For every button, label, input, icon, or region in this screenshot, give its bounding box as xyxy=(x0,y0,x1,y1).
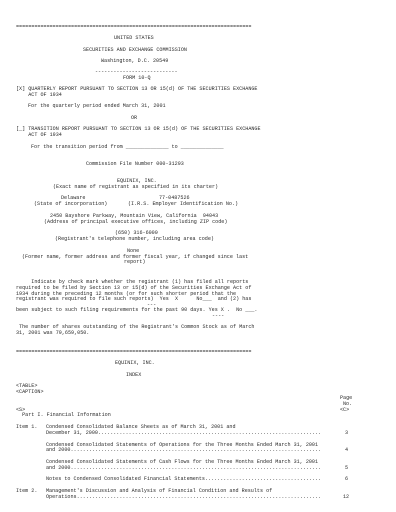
country-heading: UNITED STATES xyxy=(114,35,154,41)
transition-period-line: For the transition period from _________… xyxy=(31,144,224,150)
index-entry-page: 3 xyxy=(345,430,348,436)
index-entry-title[interactable]: Notes to Condensed Consolidated Financia… xyxy=(46,476,321,482)
employer-id-caption: (I.R.S. Employer Identification No.) xyxy=(128,201,238,207)
index-company: EQUINIX, INC. xyxy=(115,360,155,366)
part1-heading: Part I. Financial Information xyxy=(16,412,111,418)
compliance-line4: registrant was required to file such rep… xyxy=(16,296,251,302)
index-entry-page: 4 xyxy=(345,447,348,453)
yes-underline-2: ---- xyxy=(212,313,224,319)
index-entry-page: 5 xyxy=(345,465,348,471)
shares-outstanding-line2: 31, 2001 was 79,659,050. xyxy=(16,330,89,336)
quarterly-report-act-line: ACT OF 1934 xyxy=(16,92,62,98)
registrant-name-caption: (Exact name of registrant as specified i… xyxy=(53,184,218,190)
top-rule: ========================================… xyxy=(16,24,251,30)
state-caption: (State of incorporation) xyxy=(34,201,107,207)
commission-file-number: Commission File Number 000-31293 xyxy=(86,161,184,167)
city-line: Washington, D.C. 20549 xyxy=(101,58,168,64)
index-entry-page: 12 xyxy=(343,494,349,500)
index-rule: ========================================… xyxy=(16,349,251,355)
agency-heading: SECURITIES AND EXCHANGE COMMISSION xyxy=(83,47,187,53)
index-title: INDEX xyxy=(126,372,141,378)
form-title: FORM 10-Q xyxy=(123,75,151,81)
address-caption: (Address of principal executive offices,… xyxy=(44,219,227,225)
index-entry-leader[interactable]: and 2000................................… xyxy=(46,447,321,453)
index-item-label: Item 1. xyxy=(16,424,37,430)
caption-tag: <CAPTION> xyxy=(16,389,44,395)
phone-caption: (Registrant's telephone number, includin… xyxy=(55,236,214,242)
or-separator: OR xyxy=(131,115,137,121)
c-tag: <C> xyxy=(340,407,349,413)
form-10q-document: ========================================… xyxy=(0,0,396,512)
index-entry-leader[interactable]: December 31, 2000.......................… xyxy=(46,430,321,436)
former-caption-line2: report) xyxy=(124,259,145,265)
index-item-label: Item 2. xyxy=(16,488,37,494)
index-entry-page: 6 xyxy=(345,476,348,482)
quarterly-period-line: For the quarterly period ended March 31,… xyxy=(28,103,166,109)
index-entry-leader[interactable]: Operations..............................… xyxy=(46,494,321,500)
index-entry-leader[interactable]: and 2000................................… xyxy=(46,465,321,471)
transition-report-act-line: ACT OF 1934 xyxy=(16,132,62,138)
